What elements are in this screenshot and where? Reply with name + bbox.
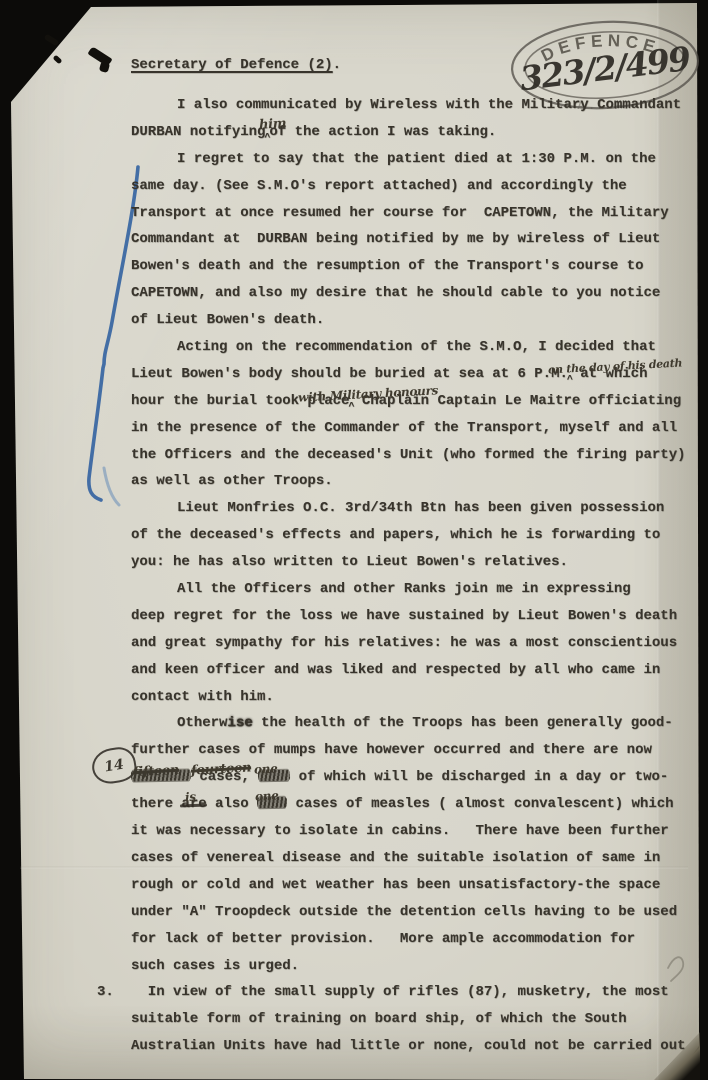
typed-text: of which will be discharged in a day or … [290,769,668,785]
typed-text: it was necessary to isolate in cabins. T… [131,823,669,839]
typed-line: rough or cold and wet weather has been u… [131,877,676,904]
typed-text: for lack of better provision. More ample… [131,931,635,947]
typed-line: cases of venereal disease and the suitab… [131,850,676,877]
typed-text: also [207,796,257,812]
typed-line: Bowen's death and the resumption of the … [131,258,676,285]
document-body: I also communicated by Wireless with the… [131,97,676,1065]
typed-text: under "A" Troopdeck outside the detentio… [131,904,677,920]
typed-line: deep regret for the loss we have sustain… [131,608,676,635]
typed-text: DURBAN notifying [131,124,265,140]
typed-line: hour the burial took place^with Military… [131,393,676,420]
typed-line: I also communicated by Wireless with the… [131,97,676,124]
typed-text: Lieut Monfries O.C. 3rd/34th Btn has bee… [177,500,664,516]
typed-text: Bowen's death and the resumption of the … [131,258,643,274]
typed-text: deep regret for the loss we have sustain… [131,608,677,624]
typed-text: and keen officer and was liked and respe… [131,662,660,678]
typed-line: fifteenfourteen cases, one of which will… [131,769,676,796]
typed-text: rough or cold and wet weather has been u… [131,877,660,893]
typed-line: I regret to say that the patient died at… [131,151,676,178]
typed-text: the health of the Troops has been genera… [253,715,673,731]
typed-line: Australian Units have had little or none… [131,1038,676,1065]
typed-text: cases of venereal disease and the suitab… [131,850,660,866]
handwritten-annotation: is [184,791,195,804]
typed-text: of Lieut Bowen's death. [131,312,324,328]
typed-text: there [131,796,181,812]
typed-line: and great sympathy for his relatives: he… [131,635,676,662]
heading-period: . [333,57,341,73]
typed-text: Transport at once resumed her course for… [131,205,669,221]
typed-text: further cases of mumps have however occu… [131,742,652,758]
paragraph-number: 3. [97,984,114,1000]
typed-letter: Secretary of Defence (2). I also communi… [131,57,676,1065]
typed-line: Lieut Monfries O.C. 3rd/34th Btn has bee… [131,500,676,527]
typed-line: DURBAN notifying^himof the action I was … [131,124,676,151]
typed-line: of Lieut Bowen's death. [131,312,676,339]
typed-line: such cases is urged. [131,958,676,985]
typed-line: as well as other Troops. [131,473,676,500]
typed-line: under "A" Troopdeck outside the detentio… [131,904,676,931]
typed-line: in the presence of the Commander of the … [131,420,676,447]
typed-text: cases of measles ( almost convalescent) … [287,796,673,812]
handwritten-annotation: fourteen [191,762,252,778]
typed-text: I also communicated by Wireless with the… [177,97,681,113]
typed-text: as well as other Troops. [131,473,333,489]
heading-text: Secretary of Defence (2) [131,57,333,73]
typed-text: CAPETOWN, and also my desire that he sho… [131,285,660,301]
typed-text: Otherw [177,715,227,731]
typed-text: ise [227,715,252,731]
typed-line: All the Officers and other Ranks join me… [131,581,676,608]
handwritten-annotation: one [254,763,278,776]
typed-text: Commandant at DURBAN being notified by m… [131,231,660,247]
typed-text: contact with him. [131,689,274,705]
typed-text: In view of the small supply of rifles (8… [131,984,669,1000]
typed-line: and keen officer and was liked and respe… [131,662,676,689]
typed-line: Transport at once resumed her course for… [131,205,676,232]
typed-text: Lieut Bowen's body should be buried at s… [131,366,568,382]
typed-line: Commandant at DURBAN being notified by m… [131,231,676,258]
typed-text: I regret to say that the patient died at… [177,151,656,167]
typed-text: Australian Units have had little or none… [131,1038,686,1054]
typed-line: for lack of better provision. More ample… [131,931,676,958]
typed-text: same day. (See S.M.O's report attached) … [131,178,627,194]
scribbled-out-word [131,770,191,782]
typed-line: CAPETOWN, and also my desire that he sho… [131,285,676,312]
typed-line: it was necessary to isolate in cabins. T… [131,823,676,850]
typed-line: there areis also one cases of measles ( … [131,796,676,823]
typed-line: you: he has also written to Lieut Bowen'… [131,554,676,581]
typed-text: suitable form of training on board ship,… [131,1011,627,1027]
typed-text: and great sympathy for his relatives: he… [131,635,677,651]
typed-text: such cases is urged. [131,958,299,974]
typed-line: contact with him. [131,689,676,716]
typed-line: suitable form of training on board ship,… [131,1011,676,1038]
typed-text: Acting on the recommendation of the S.M.… [177,339,656,355]
typed-text: of the action I was taking. [269,124,496,140]
staple-mark-icon [44,33,60,46]
handwritten-annotation: him [259,117,287,131]
typed-line: the Officers and the deceased's Unit (wh… [131,447,676,474]
typed-line: same day. (See S.M.O's report attached) … [131,178,676,205]
handwritten-annotation: one [255,790,279,803]
typed-text: of the deceased's effects and papers, wh… [131,527,660,543]
page-title: Secretary of Defence (2). [131,57,676,84]
typed-text: in the presence of the Commander of the … [131,420,677,436]
typed-line: 3. In view of the small supply of rifles… [131,984,676,1011]
typed-text: the Officers and the deceased's Unit (wh… [131,447,686,463]
typed-text: All the Officers and other Ranks join me… [177,581,631,597]
typed-line: Otherwise the health of the Troops has b… [131,715,676,742]
scanned-document-page: { "page": {"background": "#0c0b09", "pap… [0,0,708,1080]
typed-text: you: he has also written to Lieut Bowen'… [131,554,568,570]
typed-line: of the deceased's effects and papers, wh… [131,527,676,554]
